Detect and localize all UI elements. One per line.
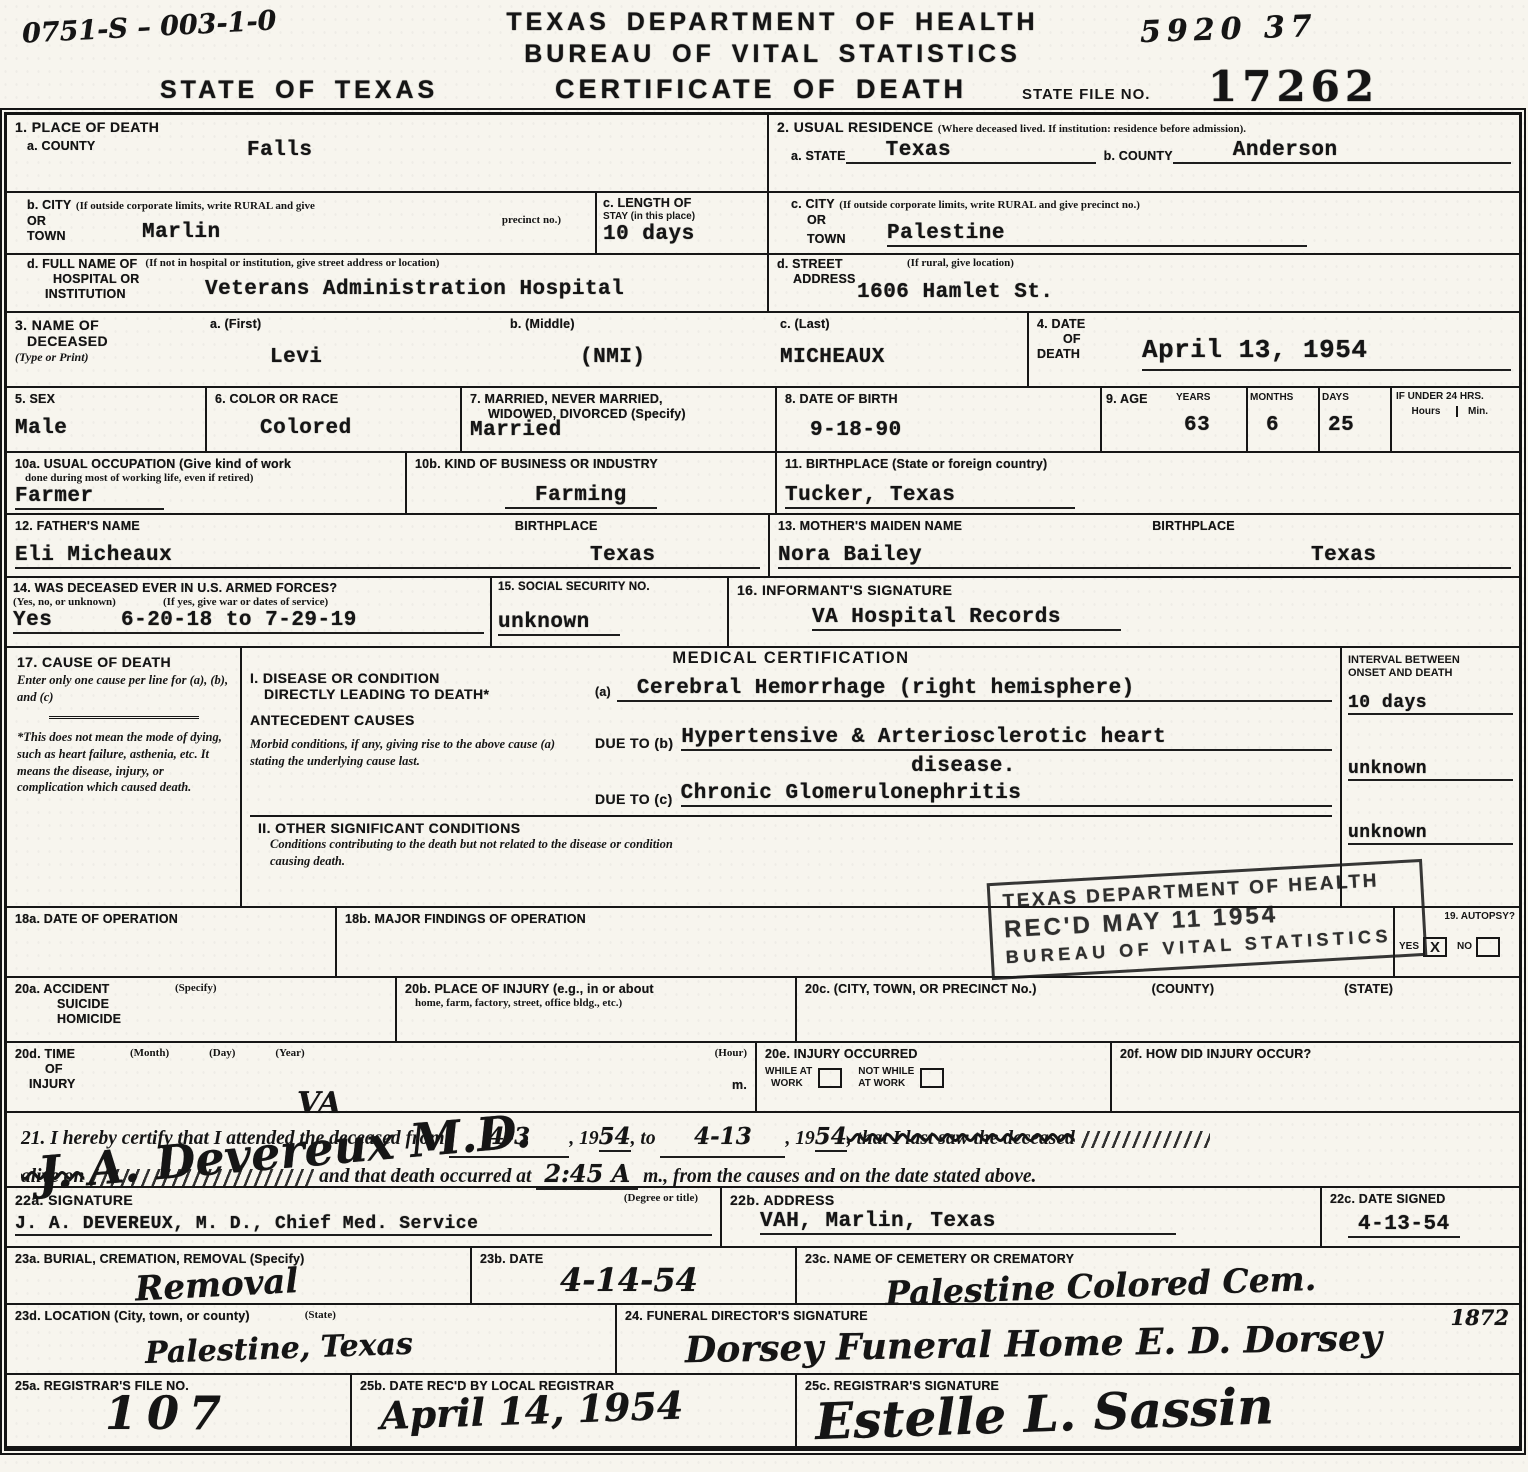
- field-registrar-file: 25a. REGISTRAR'S FILE NO. 107: [7, 1375, 352, 1446]
- certificate-title: CERTIFICATE OF DEATH: [555, 74, 967, 105]
- field-last-name: c. (Last) MICHEAUX: [772, 313, 1027, 386]
- stay-label: c. LENGTH OF: [603, 196, 761, 211]
- row-place-residence: 1. PLACE OF DEATH a. COUNTY Falls b. CIT…: [7, 115, 1519, 313]
- registrar-file-value: 107: [105, 1386, 342, 1440]
- field-mother: 13. MOTHER'S MAIDEN NAME BIRTHPLACE Nora…: [770, 515, 1519, 576]
- city-note: (If outside corporate limits, write RURA…: [76, 200, 315, 212]
- field-registrar-signature: 25c. REGISTRAR'S SIGNATURE Estelle L. Sa…: [797, 1375, 1519, 1446]
- field-physician-signature: 22a. SIGNATURE (Degree or title) J. A. D…: [7, 1188, 722, 1246]
- time-injury-label1: 20d. TIME: [15, 1047, 130, 1062]
- middle-name-label: b. (Middle): [510, 317, 764, 332]
- cause-b-value: Hypertensive & Arteriosclerotic heart: [681, 726, 1332, 751]
- residence-city-label: c. CITY: [791, 197, 835, 211]
- interval-a: 10 days: [1348, 693, 1513, 715]
- state-file-no-label: STATE FILE NO.: [1022, 86, 1150, 103]
- certify-c19a: , 19: [569, 1128, 598, 1149]
- min-label: Min.: [1456, 406, 1488, 418]
- certify-year1: 54: [599, 1123, 631, 1152]
- handwritten-code-left: 0751-S – 003-1-0: [21, 5, 277, 49]
- medical-certification-title: MEDICAL CERTIFICATION: [250, 649, 1332, 668]
- field-place-of-injury: 20b. PLACE OF INJURY (e.g., in or about …: [397, 978, 797, 1041]
- date-signed-value: 4-13-54: [1348, 1213, 1460, 1238]
- dept-title-line2: BUREAU OF VITAL STATISTICS: [500, 40, 1045, 69]
- armed-forces-value: Yes: [13, 609, 121, 634]
- hospital-label3: INSTITUTION: [45, 287, 205, 302]
- field-physician-address: 22b. ADDRESS VAH, Marlin, Texas: [722, 1188, 1322, 1246]
- residence-town-label: TOWN: [807, 232, 887, 247]
- row-forces-informant: 14. WAS DECEASED EVER IN U.S. ARMED FORC…: [7, 578, 1519, 648]
- field-hospital-name: d. FULL NAME OF (If not in hospital or i…: [7, 255, 767, 313]
- location-value: Palestine, Texas: [145, 1320, 608, 1371]
- interval-label1: INTERVAL BETWEEN: [1348, 654, 1513, 667]
- time-injury-handwritten: VA: [297, 1086, 341, 1121]
- cause-note1: Enter only one cause per line for (a), (…: [17, 672, 230, 706]
- hospital-label: d. FULL NAME OF: [27, 257, 137, 272]
- row-injury-time: 20d. TIME OF INJURY (Month) (Day) (Year)…: [7, 1043, 1519, 1113]
- field-race: 6. COLOR OR RACE Colored: [207, 388, 462, 451]
- cause-left-notes: 17. CAUSE OF DEATH Enter only one cause …: [7, 648, 242, 906]
- ssn-value: unknown: [498, 611, 620, 636]
- not-while-label1: NOT WHILE: [858, 1066, 914, 1078]
- armed-forces-label: 14. WAS DECEASED EVER IN U.S. ARMED FORC…: [13, 581, 484, 596]
- dod-label3: DEATH: [1037, 347, 1142, 362]
- age-days-value: 25: [1328, 414, 1388, 437]
- ssn-label: 15. SOCIAL SECURITY NO.: [498, 581, 721, 595]
- field-date-of-birth: 8. DATE OF BIRTH 9-18-90: [777, 388, 1102, 451]
- occupation-value: Farmer: [15, 485, 164, 510]
- state-of-texas-label: STATE OF TEXAS: [160, 76, 438, 105]
- certify-struck1: , that I last saw the deceased: [847, 1128, 1075, 1149]
- field-accident-suicide: 20a. ACCIDENT SUICIDE HOMICIDE (Specify): [7, 978, 397, 1041]
- field-sex: 5. SEX Male: [7, 388, 207, 451]
- hospital-note: (If not in hospital or institution, give…: [145, 257, 439, 272]
- row-registrar: 25a. REGISTRAR'S FILE NO. 107 25b. DATE …: [7, 1375, 1519, 1448]
- field-informant: 16. INFORMANT'S SIGNATURE VA Hospital Re…: [729, 578, 1519, 646]
- age-label: 9. AGE: [1106, 392, 1170, 407]
- location-state-label: (State): [305, 1309, 336, 1324]
- dob-value: 9-18-90: [810, 419, 1092, 442]
- cause-b-value2: disease.: [595, 755, 1332, 778]
- certify-year2: 54: [815, 1123, 847, 1152]
- field-residence-state-county: 2. USUAL RESIDENCE (Where deceased lived…: [769, 115, 1519, 193]
- interval-c: unknown: [1348, 823, 1513, 845]
- field-residence-city: c. CITY (If outside corporate limits, wr…: [769, 193, 1519, 255]
- autopsy-no-label: NO: [1457, 941, 1472, 953]
- field-age: 9. AGE YEARS 63 MONTHS 6 DAYS 25: [1102, 388, 1392, 451]
- first-name-value: Levi: [270, 346, 494, 369]
- accident-label: 20a. ACCIDENT: [15, 982, 175, 997]
- not-while-checkbox: [920, 1068, 944, 1088]
- residence-note: (Where deceased lived. If institution: r…: [938, 123, 1246, 135]
- state-file-number: 17262: [1208, 62, 1379, 111]
- while-at-work-label2: WORK: [771, 1078, 812, 1090]
- field-injury-city: 20c. (CITY, TOWN, OR PRECINCT No.) (COUN…: [797, 978, 1519, 1041]
- sex-label: 5. SEX: [15, 392, 197, 407]
- field-time-of-injury: 20d. TIME OF INJURY (Month) (Day) (Year)…: [7, 1043, 757, 1111]
- operation-date-label: 18a. DATE OF OPERATION: [15, 912, 327, 927]
- row-location-director: 23d. LOCATION (City, town, or county) (S…: [7, 1305, 1519, 1375]
- field-burial-location: 23d. LOCATION (City, town, or county) (S…: [7, 1305, 617, 1373]
- residence-county-label: b. COUNTY: [1104, 149, 1173, 164]
- field-burial-date: 23b. DATE 4-14-54: [472, 1248, 797, 1303]
- place-of-injury-label: 20b. PLACE OF INJURY (e.g., in or about: [405, 982, 787, 997]
- field-ssn: 15. SOCIAL SECURITY NO. unknown: [492, 578, 729, 646]
- row-burial: 23a. BURIAL, CREMATION, REMOVAL (Specify…: [7, 1248, 1519, 1305]
- field-cemetery: 23c. NAME OF CEMETERY OR CREMATORY Pales…: [797, 1248, 1519, 1303]
- field-street-address: d. STREET ADDRESS (If rural, give locati…: [769, 255, 1519, 313]
- armed-forces-note2: (If yes, give war or dates of service): [163, 596, 328, 609]
- mother-value: Nora Bailey: [778, 544, 1078, 569]
- field-burial-type: 23a. BURIAL, CREMATION, REMOVAL (Specify…: [7, 1248, 472, 1303]
- cause-a-value: Cerebral Hemorrhage (right hemisphere): [617, 677, 1332, 702]
- accident-specify-note: (Specify): [175, 982, 217, 1037]
- married-label1: 7. MARRIED, NEVER MARRIED,: [470, 392, 767, 407]
- address-label: 22b. ADDRESS: [730, 1192, 1312, 1208]
- or-label: OR: [27, 214, 46, 229]
- hospital-label2: HOSPITAL OR: [53, 272, 205, 287]
- field-first-name: a. (First) Levi: [202, 313, 502, 386]
- stay-value: 10 days: [603, 223, 761, 246]
- death-certificate-scan: 0751-S – 003-1-0 TEXAS DEPARTMENT OF HEA…: [0, 0, 1528, 1472]
- residence-state-value: Texas: [846, 139, 1096, 164]
- homicide-label: HOMICIDE: [57, 1012, 175, 1027]
- age-months-value: 6: [1266, 414, 1316, 437]
- age-years-label: YEARS: [1176, 392, 1244, 404]
- m-label: m.: [677, 1078, 747, 1093]
- location-label: 23d. LOCATION (City, town, or county): [15, 1309, 250, 1324]
- dept-title-line1: TEXAS DEPARTMENT OF HEALTH: [500, 8, 1045, 37]
- time-injury-label3: INJURY: [29, 1077, 130, 1092]
- signature-typed: J. A. DEVEREUX, M. D., Chief Med. Servic…: [15, 1214, 712, 1236]
- hours-label: Hours: [1396, 406, 1456, 418]
- name-title1: 3. NAME OF: [15, 317, 194, 333]
- injury-occurred-label: 20e. INJURY OCCURRED: [765, 1047, 1102, 1062]
- name-title3: (Type or Print): [15, 349, 194, 365]
- field-date-signed: 22c. DATE SIGNED 4-13-54: [1322, 1188, 1519, 1246]
- cause-note2: *This does not mean the mode of dying, s…: [17, 729, 230, 797]
- county-label: a. COUNTY: [27, 139, 247, 162]
- injury-county-label: (COUNTY): [1152, 982, 1215, 1037]
- while-at-work-checkbox: [818, 1068, 842, 1088]
- field-registrar-date: 25b. DATE REC'D BY LOCAL REGISTRAR April…: [352, 1375, 797, 1446]
- cause-c-value: Chronic Glomerulonephritis: [681, 782, 1332, 807]
- certify-to-label: , to: [631, 1128, 656, 1149]
- place-of-death-section: 1. PLACE OF DEATH a. COUNTY Falls b. CIT…: [7, 115, 769, 311]
- city-label: b. CITY: [27, 198, 71, 212]
- cause-b-prefix: DUE TO (b): [595, 735, 673, 751]
- occupation-label: 10a. USUAL OCCUPATION (Give kind of work: [15, 457, 397, 472]
- degree-note: (Degree or title): [624, 1192, 698, 1208]
- field-injury-occurred: 20e. INJURY OCCURRED WHILE AT WORK NOT W…: [757, 1043, 1112, 1111]
- street-value: 1606 Hamlet St.: [857, 281, 1511, 304]
- mother-label: 13. MOTHER'S MAIDEN NAME: [778, 519, 962, 534]
- injury-state-label: (STATE): [1344, 982, 1393, 1037]
- how-injury-label: 20f. HOW DID INJURY OCCUR?: [1120, 1047, 1511, 1062]
- cause-main: MEDICAL CERTIFICATION I. DISEASE OR COND…: [242, 648, 1342, 906]
- middle-name-value: (NMI): [580, 346, 764, 369]
- city-value: Marlin: [142, 221, 221, 244]
- informant-label: 16. INFORMANT'S SIGNATURE: [737, 582, 1511, 598]
- certificate-form: 1. PLACE OF DEATH a. COUNTY Falls b. CIT…: [4, 112, 1522, 1451]
- field-funeral-director: 24. FUNERAL DIRECTOR'S SIGNATURE 1872 Do…: [617, 1305, 1519, 1373]
- under24-label: IF UNDER 24 HRS.: [1396, 391, 1515, 403]
- address-value: VAH, Marlin, Texas: [760, 1210, 1176, 1235]
- birthplace-label: 11. BIRTHPLACE (State or foreign country…: [785, 457, 1511, 472]
- field-city-stay: b. CITY (If outside corporate limits, wr…: [7, 193, 767, 255]
- cause-title: 17. CAUSE OF DEATH: [17, 654, 230, 670]
- disease-label1: I. DISEASE OR CONDITION: [250, 670, 595, 686]
- field-county-of-death: 1. PLACE OF DEATH a. COUNTY Falls: [7, 115, 767, 193]
- time-injury-label2: OF: [45, 1062, 130, 1077]
- county-value: Falls: [247, 139, 313, 162]
- certificate-header: 0751-S – 003-1-0 TEXAS DEPARTMENT OF HEA…: [0, 0, 1528, 112]
- last-name-label: c. (Last): [780, 317, 1019, 332]
- last-name-value: MICHEAUX: [780, 346, 1019, 369]
- father-birthplace-label: BIRTHPLACE: [515, 519, 598, 534]
- sex-value: Male: [15, 417, 197, 440]
- dod-label2: OF: [1063, 332, 1142, 347]
- interval-b: unknown: [1348, 759, 1513, 781]
- other-conditions-note: Conditions contributing to the death but…: [270, 836, 700, 870]
- while-at-work-label1: WHILE AT: [765, 1066, 812, 1078]
- residence-city-value: Palestine: [887, 222, 1307, 247]
- field-date-of-operation: 18a. DATE OF OPERATION: [7, 908, 337, 976]
- age-months-label: MONTHS: [1250, 392, 1316, 404]
- handwritten-code-right: 5920 37: [1139, 9, 1318, 50]
- certify-c19b: , 19: [785, 1128, 814, 1149]
- row-physician-signature: 22a. SIGNATURE (Degree or title) J. A. D…: [7, 1188, 1519, 1248]
- other-conditions-label: II. OTHER SIGNIFICANT CONDITIONS: [258, 820, 1332, 836]
- field-middle-name: b. (Middle) (NMI): [502, 313, 772, 386]
- residence-title: 2. USUAL RESIDENCE: [777, 119, 933, 135]
- mother-birthplace-value: Texas: [1311, 544, 1511, 569]
- cause-c-prefix: DUE TO (c): [595, 791, 673, 807]
- injury-city-label: 20c. (CITY, TOWN, OR PRECINCT No.): [805, 982, 1037, 1037]
- field-birthplace: 11. BIRTHPLACE (State or foreign country…: [777, 453, 1519, 513]
- burial-date-value: 4-14-54: [560, 1261, 787, 1299]
- dob-label: 8. DATE OF BIRTH: [785, 392, 1092, 407]
- autopsy-no-checkbox: [1476, 937, 1500, 957]
- field-city-of-death: b. CITY (If outside corporate limits, wr…: [7, 193, 595, 253]
- field-business: 10b. KIND OF BUSINESS OR INDUSTRY Farmin…: [407, 453, 777, 513]
- certify-part3: m., from the causes and on the date stat…: [643, 1166, 1036, 1187]
- row-injury-type: 20a. ACCIDENT SUICIDE HOMICIDE (Specify)…: [7, 978, 1519, 1043]
- row-parents: 12. FATHER'S NAME BIRTHPLACE Eli Micheau…: [7, 515, 1519, 578]
- field-date-of-death: 4. DATE OF DEATH April 13, 1954: [1027, 313, 1519, 386]
- residence-county-value: Anderson: [1173, 139, 1511, 164]
- dod-value: April 13, 1954: [1142, 335, 1511, 371]
- interval-label2: ONSET AND DEATH: [1348, 667, 1513, 680]
- business-value: Farming: [505, 484, 657, 509]
- place-of-injury-label2: home, farm, factory, street, office bldg…: [415, 997, 787, 1010]
- race-value: Colored: [260, 417, 452, 440]
- row-name-of-deceased: 3. NAME OF DECEASED (Type or Print) a. (…: [7, 313, 1519, 388]
- residence-state-label: a. STATE: [791, 149, 846, 164]
- antecedent-label: ANTECEDENT CAUSES: [250, 712, 595, 728]
- field-occupation: 10a. USUAL OCCUPATION (Give kind of work…: [7, 453, 407, 513]
- certify-time: 2:45 A: [536, 1159, 638, 1190]
- street-label: d. STREET: [777, 257, 907, 272]
- city-note2: precinct no.): [502, 214, 561, 229]
- residence-city-note: (If outside corporate limits, write RURA…: [839, 199, 1140, 211]
- place-of-death-title: 1. PLACE OF DEATH: [15, 119, 759, 135]
- name-title2: DECEASED: [27, 333, 194, 349]
- field-father: 12. FATHER'S NAME BIRTHPLACE Eli Micheau…: [7, 515, 770, 576]
- date-signed-label: 22c. DATE SIGNED: [1330, 1192, 1511, 1207]
- scribble-mark: [1080, 1131, 1210, 1148]
- month-label: (Month): [130, 1047, 169, 1107]
- field-how-injury: 20f. HOW DID INJURY OCCUR?: [1112, 1043, 1519, 1111]
- business-label: 10b. KIND OF BUSINESS OR INDUSTRY: [415, 457, 767, 472]
- mother-birthplace-label: BIRTHPLACE: [1152, 519, 1235, 534]
- race-label: 6. COLOR OR RACE: [215, 392, 452, 407]
- occupation-label2: done during most of working life, even i…: [25, 472, 397, 485]
- first-name-label: a. (First): [210, 317, 494, 332]
- dod-label1: 4. DATE: [1037, 317, 1142, 332]
- age-days-label: DAYS: [1322, 392, 1388, 404]
- disease-label2: DIRECTLY LEADING TO DEATH*: [264, 686, 595, 702]
- father-birthplace-value: Texas: [590, 544, 760, 569]
- armed-forces-note1: (Yes, no, or unknown): [13, 596, 163, 609]
- row-occupation: 10a. USUAL OCCUPATION (Give kind of work…: [7, 453, 1519, 515]
- suicide-label: SUICIDE: [57, 997, 175, 1012]
- field-marital-status: 7. MARRIED, NEVER MARRIED, WIDOWED, DIVO…: [462, 388, 777, 451]
- day-label: (Day): [209, 1047, 235, 1107]
- morbid-note: Morbid conditions, if any, giving rise t…: [250, 736, 570, 770]
- age-years-value: 63: [1184, 414, 1244, 437]
- not-while-label2: AT WORK: [858, 1078, 914, 1090]
- field-armed-forces: 14. WAS DECEASED EVER IN U.S. ARMED FORC…: [7, 578, 492, 646]
- birthplace-value: Tucker, Texas: [785, 484, 1075, 509]
- usual-residence-section: 2. USUAL RESIDENCE (Where deceased lived…: [769, 115, 1519, 311]
- certify-to-date: 4-13: [694, 1123, 752, 1150]
- field-under-24hrs: IF UNDER 24 HRS. Hours Min.: [1392, 388, 1519, 451]
- hospital-value: Veterans Administration Hospital: [205, 278, 624, 302]
- town-label: TOWN: [27, 229, 142, 244]
- cause-a-prefix: (a): [595, 685, 611, 700]
- father-label: 12. FATHER'S NAME: [15, 519, 140, 534]
- father-value: Eli Micheaux: [15, 544, 345, 569]
- informant-value: VA Hospital Records: [812, 606, 1121, 631]
- married-value: Married: [470, 419, 767, 442]
- field-length-of-stay: c. LENGTH OF STAY (in this place) 10 day…: [595, 193, 767, 253]
- armed-forces-dates: 6-20-18 to 7-29-19: [121, 609, 484, 634]
- row-vitals: 5. SEX Male 6. COLOR OR RACE Colored 7. …: [7, 388, 1519, 453]
- hour-label: (Hour): [677, 1047, 747, 1060]
- stay-label2: STAY (in this place): [603, 211, 761, 223]
- name-title-block: 3. NAME OF DECEASED (Type or Print): [7, 313, 202, 386]
